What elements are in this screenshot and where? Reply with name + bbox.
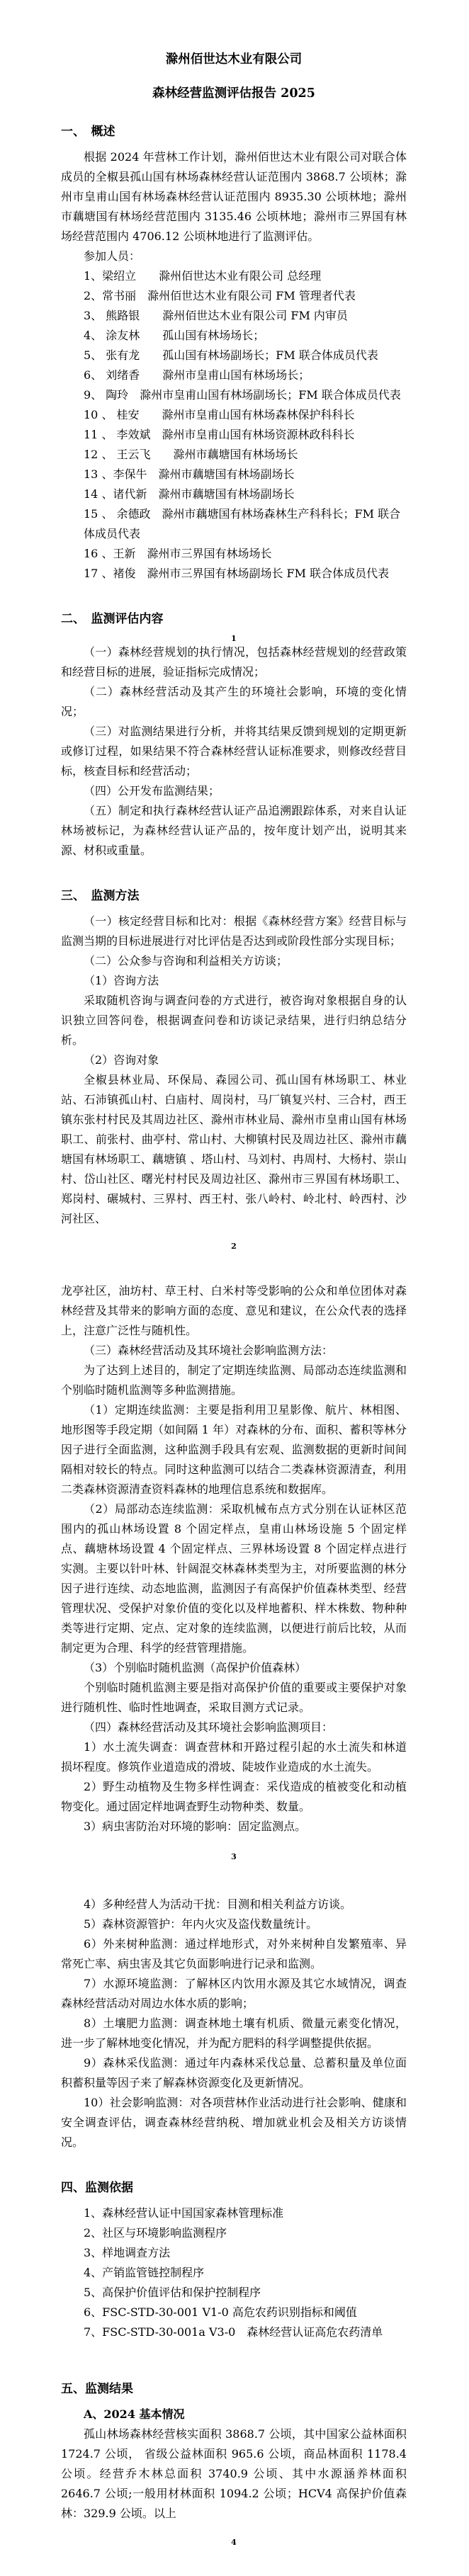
basis-item: 2、社区与环境影响监测程序: [84, 2223, 407, 2243]
content-item: （三）对监测结果进行分析，并将其结果反馈到规划的定期更新或修订过程，如果结果不符…: [61, 722, 407, 781]
results-subheading: A、2024 基本情况: [61, 2405, 407, 2424]
content-item: （二）森林经营活动及其产生的环境社会影响，环境的变化情况；: [61, 682, 407, 722]
methods-paragraph: 5）森林资源管护：年内火灾及盗伐数量统计。: [61, 1914, 407, 1934]
methods-paragraph: （2）局部动态连续监测：采取机械布点方式分别在认证林区范围内的孤山林场设置 8 …: [61, 1499, 407, 1658]
basis-item: 6、FSC-STD-30-001 V1-0 高危农药识别指标和阈值: [84, 2303, 407, 2322]
methods-paragraph: 8）土壤肥力监测：调查林地土壤有机质、微量元素变化情况，进一步了解林地变化情况，…: [61, 2014, 407, 2053]
methods-paragraph: （二）公众参与咨询和利益相关方访谈；: [61, 951, 407, 971]
methods-paragraph: 个别临时随机监测主要是指对高保护价值的重要或主要保护对象进行随机性、临时性地调查…: [61, 1678, 407, 1718]
methods-paragraph: 10）社会影响监测：对各项营林作业活动进行社会影响、健康和安全调查评估，调查森林…: [61, 2093, 407, 2152]
basis-item: 7、FSC-STD-30-001a V3-0 森林经营认证高危农药清单: [84, 2322, 407, 2342]
doc-title-line1: 滁州佰世达木业有限公司: [61, 50, 407, 69]
methods-paragraph: 9）森林采伐监测：通过年内森林采伐总量、总蓄积量及单位面积蓄积量等因子来了解森林…: [61, 2053, 407, 2093]
basis-item: 3、样地调查方法: [84, 2243, 407, 2263]
participant-item: 5、 张有龙 孤山国有林场副场长；FM 联合体成员代表: [84, 346, 407, 365]
methods-paragraph: （1）咨询方法: [61, 971, 407, 991]
participant-item: 6、 刘绪香 滁州市皇甫山国有林场场长；: [84, 365, 407, 385]
methods-paragraph: 4）多种经营人为活动干扰：目测和相关利益方访谈。: [61, 1895, 407, 1914]
section-content-heading: 二、 监测评估内容: [61, 609, 407, 629]
basis-item: 4、产销监管链控制程序: [84, 2263, 407, 2283]
methods-paragraph: 6）外来树种监测：通过样地形式，对外来树种自发繁殖率、异常死亡率、病虫害及其它负…: [61, 1934, 407, 1974]
methods-paragraph-continuation: 龙亭社区，油坊村、草王村、白米村等受影响的公众和单位团体对森林经营及其带来的影响…: [61, 1281, 407, 1341]
section-results-heading: 五、监测结果: [61, 2379, 407, 2399]
methods-paragraph: 为了达到上述目的，制定了定期连续监测、局部动态连续监测和个别临时随机监测等多种监…: [61, 1361, 407, 1400]
methods-paragraph: 3）病虫害防治对环境的影响：固定监测点。: [61, 1817, 407, 1837]
methods-paragraph: 2）野生动植物及生物多样性调查：采伐造成的植被变化和动植物变化。通过固定样地调查…: [61, 1777, 407, 1817]
page-number-1: 1: [61, 635, 407, 642]
basis-item: 5、高保护价值评估和保护控制程序: [84, 2283, 407, 2303]
content-item: （一）森林经营规划的执行情况，包括森林经营规划的经营政策和经营目标的进展，验证指…: [61, 642, 407, 682]
participant-item: 2、常书丽 滁州佰世达木业有限公司 FM 管理者代表: [84, 286, 407, 306]
content-item: （四）公开发布监测结果；: [61, 781, 407, 801]
participant-item: 1、梁绍立 滁州佰世达木业有限公司 总经理: [84, 266, 407, 286]
participant-item: 16 、王新 滁州市三界国有林场场长: [84, 544, 407, 564]
overview-intro-paragraph: 根据 2024 年营林工作计划，滁州佰世达木业有限公司对联合体成员的全椒县孤山国…: [61, 147, 407, 246]
page-number-2: 2: [61, 1242, 407, 1252]
methods-paragraph: 采取随机咨询与调查问卷的方式进行，被咨询对象根据自身的认识独立回答问卷，根据调查…: [61, 991, 407, 1050]
page-number-3: 3: [61, 1852, 407, 1862]
section-overview-heading: 一、 概述: [61, 122, 407, 142]
methods-paragraph: 1）水土流失调查：调查营林和开路过程引起的水土流失和林道损坏程度。修筑作业道造成…: [61, 1737, 407, 1777]
methods-paragraph: （1）定期连续监测：主要是指利用卫星影像、航片、林相图、地形图等手段定期（如间隔…: [61, 1400, 407, 1499]
content-item: （五）制定和执行森林经营认证产品追溯跟踪体系，对来自认证林场被标记，为森林经营认…: [61, 801, 407, 861]
page-number-4: 4: [61, 2538, 407, 2548]
participant-item: 12 、 王云飞 滁州市藕塘国有林场场长: [84, 445, 407, 465]
basis-item: 1、森林经营认证中国国家森林管理标准: [84, 2203, 407, 2223]
section-basis-heading: 四、监测依据: [61, 2178, 407, 2198]
document-page: 滁州佰世达木业有限公司 森林经营监测评估报告 2025 一、 概述 根据 202…: [0, 0, 469, 2576]
participant-item: 11 、 李效斌 滁州市皇甫山国有林场资源林政科科长: [84, 425, 407, 445]
methods-paragraph: （2）咨询对象: [61, 1050, 407, 1070]
participant-item: 13 、李保牛 滁州市藕塘国有林场副场长: [84, 465, 407, 484]
methods-paragraph: 7）水源环境监测：了解林区内饮用水源及其它水域情况，调查森林经营活动对周边水体水…: [61, 1974, 407, 2014]
doc-title-line2: 森林经营监测评估报告 2025: [61, 84, 407, 103]
participant-item: 17 、褚俊 滁州市三界国有林场副场长 FM 联合体成员代表: [84, 564, 407, 584]
methods-paragraph: （四）森林经营活动及其环境社会影响监测项目：: [61, 1718, 407, 1737]
results-paragraph: 孤山林场森林经营核实面积 3868.7 公顷，其中国家公益林面积 1724.7 …: [61, 2424, 407, 2524]
methods-paragraph: （三）森林经营活动及其环境社会影响监测方法：: [61, 1341, 407, 1361]
participant-item: 15 、 余德政 滁州市藕塘国有林场森林生产科科长；FM 联合体成员代表: [84, 504, 407, 544]
section-methods-heading: 三、 监测方法: [61, 886, 407, 906]
participant-item: 4、 涂友林 孤山国有林场场长；: [84, 326, 407, 346]
participant-item: 10 、 桂安 滁州市皇甫山国有林场森林保护科科长: [84, 405, 407, 425]
participant-item: 3、 熊路银 滁州佰世达木业有限公司 FM 内审员: [84, 306, 407, 326]
methods-paragraph: 全椒县林业局、环保局、森园公司、孤山国有林场职工、林业站、石沛镇孤山村、白庙村、…: [61, 1070, 407, 1229]
methods-paragraph: （3）个别临时随机监测（高保护价值森林）: [61, 1658, 407, 1678]
methods-paragraph: （一）核定经营目标和比对：根据《森林经营方案》经营目标与监测当期的目标进展进行对…: [61, 912, 407, 951]
participant-item: 14 、诸代新 滁州市藕塘国有林场副场长: [84, 484, 407, 504]
participant-item: 9、 陶玲 滁州市皇甫山国有林场副场长；FM 联合体成员代表: [84, 385, 407, 405]
participants-label: 参加人员：: [84, 246, 407, 266]
